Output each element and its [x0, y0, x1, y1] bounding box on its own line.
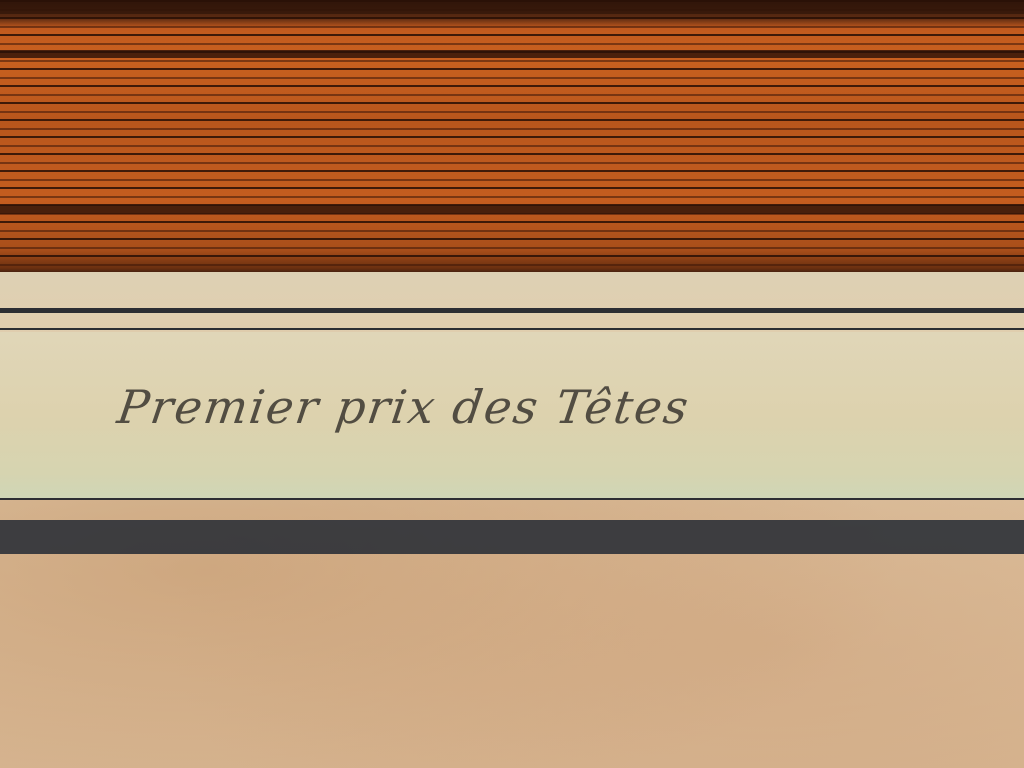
frame-grain-dark-band — [0, 50, 1024, 58]
wooden-frame — [0, 0, 1024, 272]
border-line-bottom-thick — [0, 520, 1024, 554]
frame-grain-dark-band — [0, 205, 1024, 214]
handwritten-caption: Premier prix des Têtes — [110, 352, 885, 462]
border-line-bottom-thin — [0, 498, 1024, 500]
frame-grain-dark-band — [0, 0, 1024, 14]
border-line-top-thin — [0, 328, 1024, 330]
border-line-top-thick — [0, 308, 1024, 313]
